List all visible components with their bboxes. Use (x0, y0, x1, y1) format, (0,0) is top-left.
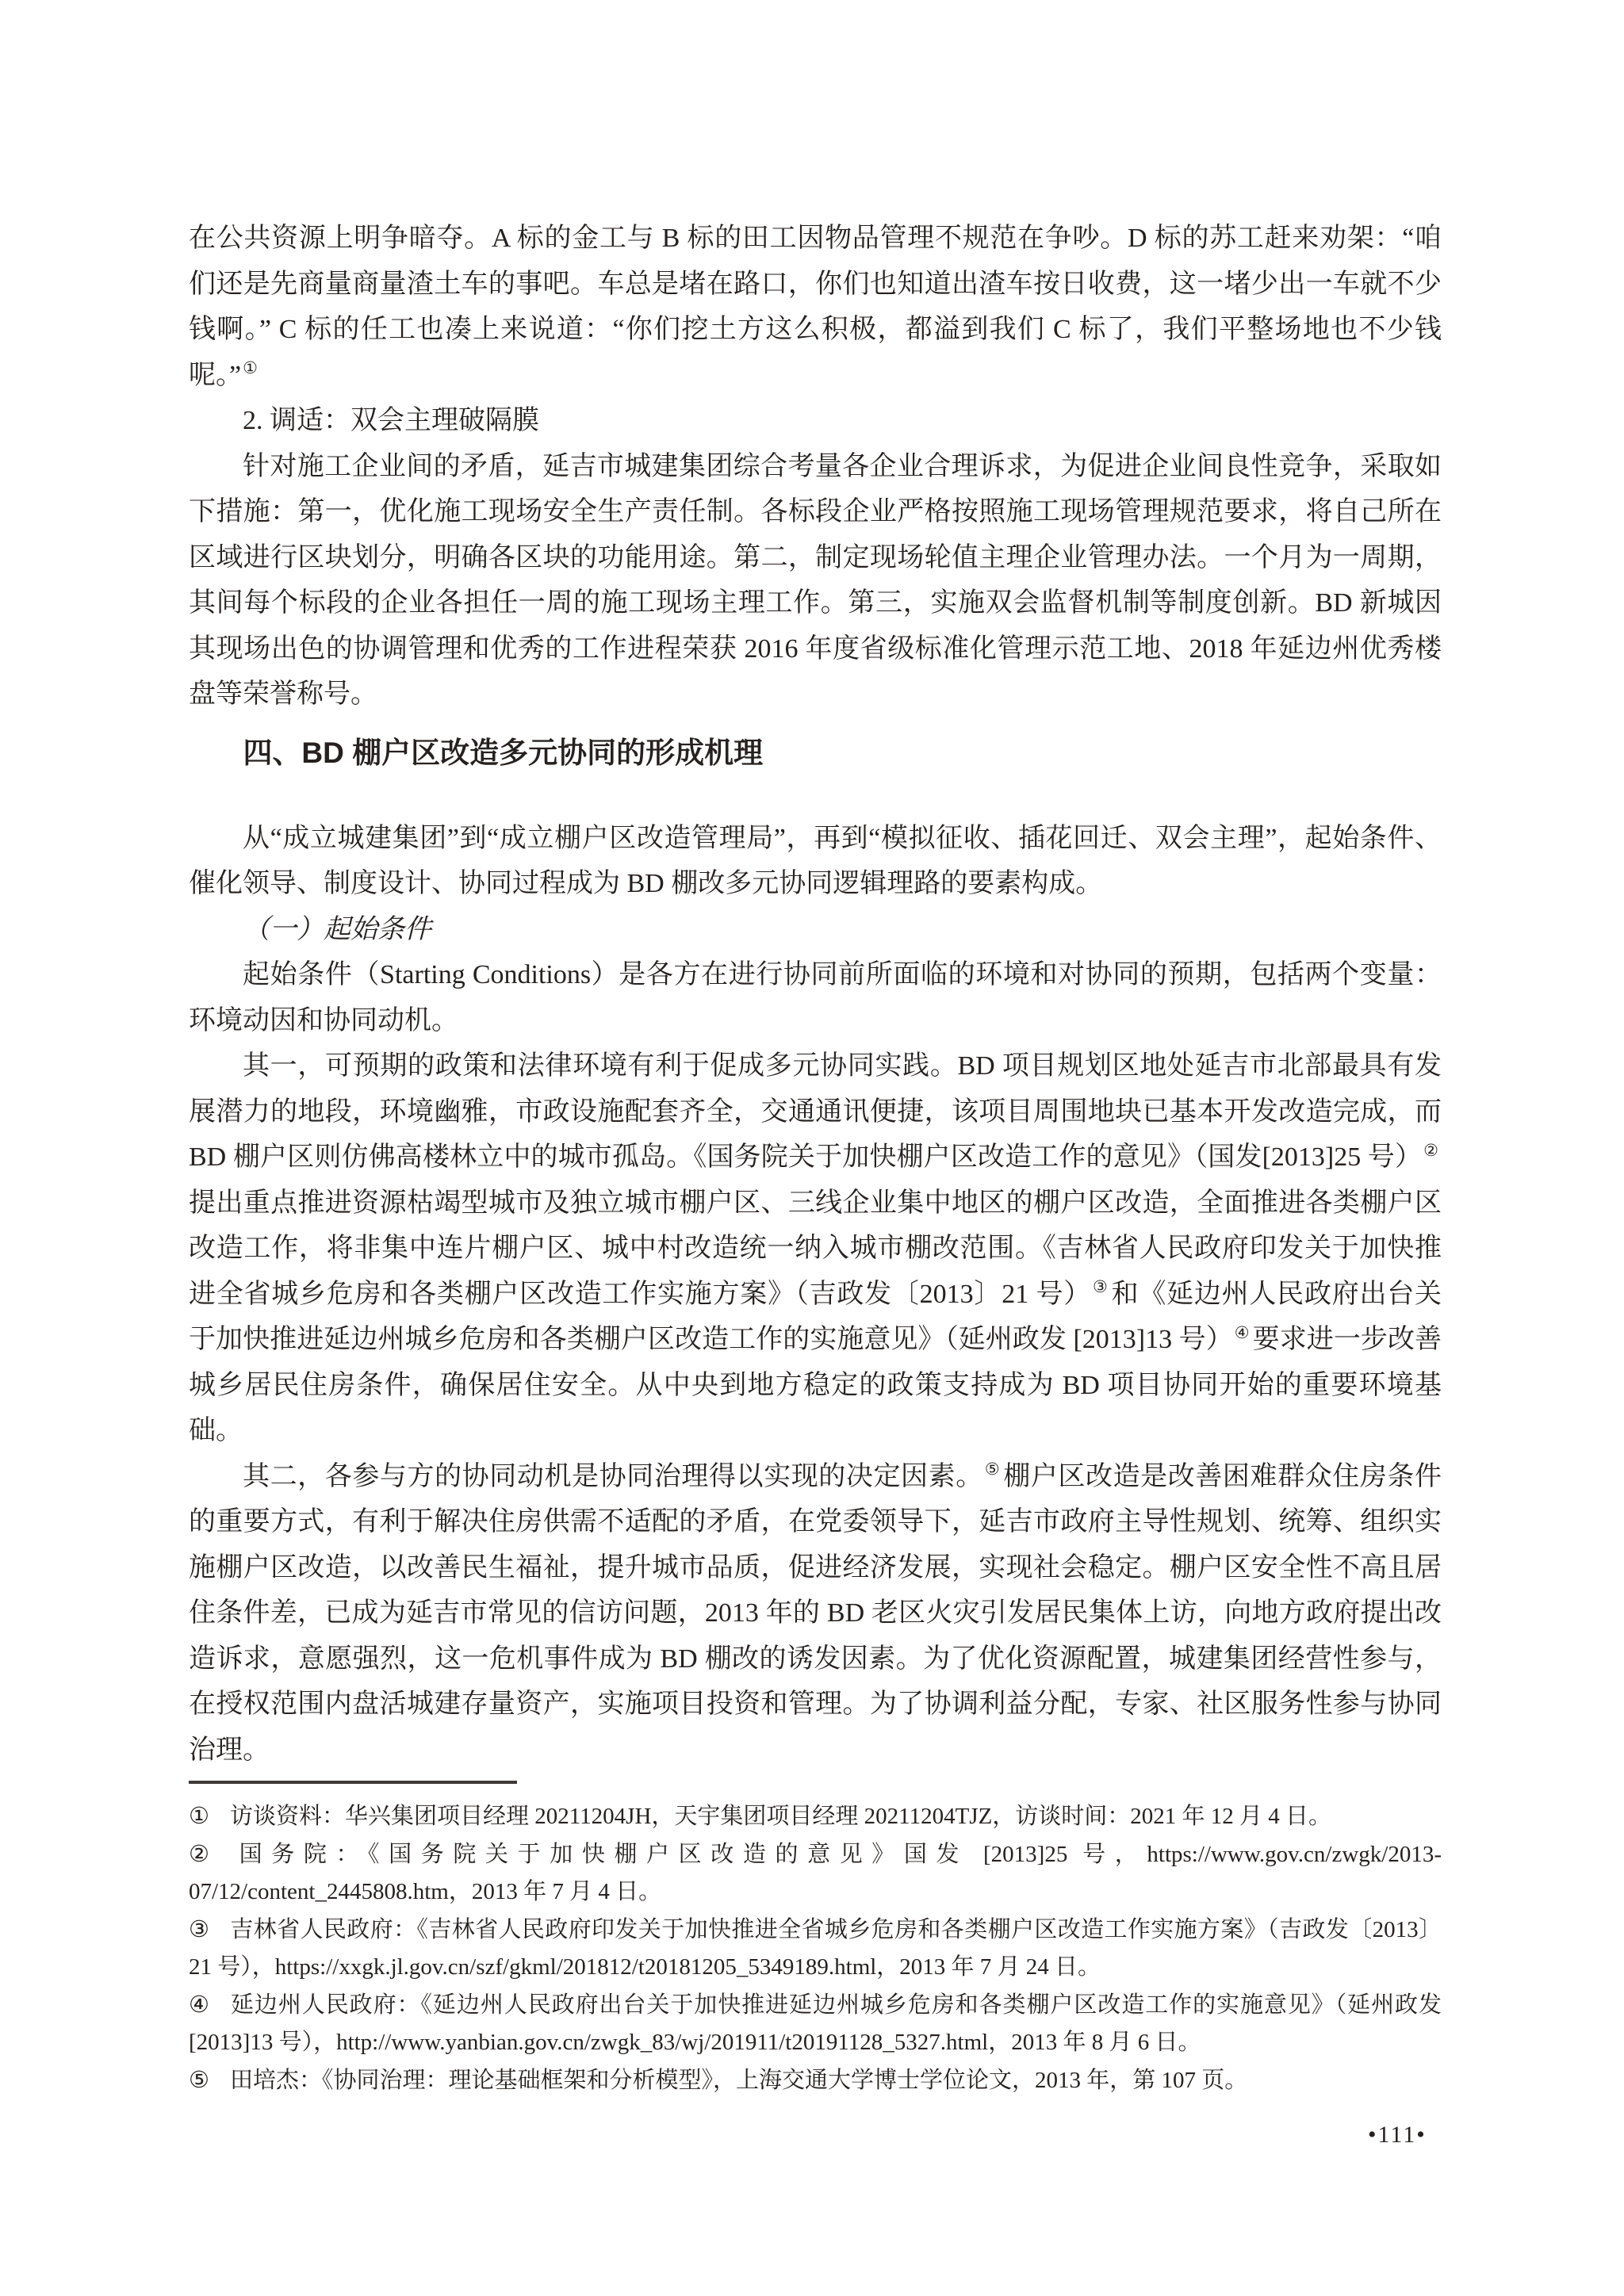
section-heading-four: 四、BD 棚户区改造多元协同的形成机理 (189, 729, 1442, 778)
footnote-4: ④延边州人民政府：《延边州人民政府出台关于加快推进延边州城乡危房和各类棚户区改造… (189, 1987, 1442, 2062)
footnote-4-text: 延边州人民政府：《延边州人民政府出台关于加快推进延边州城乡危房和各类棚户区改造工… (189, 1992, 1442, 2056)
paragraph-measures: 针对施工企业间的矛盾，延吉市城建集团综合考量各企业合理诉求，为促进企业间良性竞争… (189, 444, 1442, 717)
paragraph-overview: 从“成立城建集团”到“成立棚户区改造管理局”，再到“模拟征收、插花回迁、双会主理… (189, 816, 1442, 907)
paragraph-second-factor: 其二，各参与方的协同动机是协同治理得以实现的决定因素。⑤棚户区改造是改善困难群众… (189, 1454, 1442, 1774)
paper-page: 在公共资源上明争暗夺。A 标的金工与 B 标的田工因物品管理不规范在争吵。D 标… (0, 0, 1624, 2296)
footnote-2-number: ② (189, 1842, 219, 1867)
paragraph-first-factor-seg1: 其一，可预期的政策和法律环境有利于促成多元协同实践。BD 项目规划区地处延吉市北… (189, 1051, 1442, 1172)
footnote-2: ②国务院：《国务院关于加快棚户区改造的意见》国发 [2013]25 号，http… (189, 1836, 1442, 1911)
page-number: •111• (1368, 2122, 1427, 2149)
paragraph-starting-conditions: 起始条件（Starting Conditions）是各方在进行协同前所面临的环境… (189, 952, 1442, 1043)
footnote-5-text: 田培杰：《协同治理：理论基础框架和分析模型》，上海交通大学博士学位论文，2013… (230, 2068, 1247, 2093)
footnote-4-number: ④ (189, 1992, 210, 2018)
footnote-1: ①访谈资料：华兴集团项目经理 20211204JH，天宇集团项目经理 20211… (189, 1798, 1442, 1836)
footnote-3: ③吉林省人民政府：《吉林省人民政府印发关于加快推进全省城乡危房和各类棚户区改造工… (189, 1911, 1442, 1987)
footnote-1-number: ① (189, 1804, 209, 1829)
paragraph-first-factor: 其一，可预期的政策和法律环境有利于促成多元协同实践。BD 项目规划区地处延吉市北… (189, 1043, 1442, 1454)
paragraph-dialogue-text: 在公共资源上明争暗夺。A 标的金工与 B 标的田工因物品管理不规范在争吵。D 标… (189, 224, 1442, 390)
footnote-ref-2: ② (1423, 1141, 1438, 1160)
page-body: 在公共资源上明争暗夺。A 标的金工与 B 标的田工因物品管理不规范在争吵。D 标… (189, 216, 1442, 1773)
subsection-heading-starting-conditions: （一）起始条件 (189, 907, 1442, 953)
paragraph-second-factor-seg2: 棚户区改造是改善困难群众住房条件的重要方式，有利于解决住房供需不适配的矛盾，在党… (189, 1462, 1442, 1765)
paragraph-second-factor-seg1: 其二，各参与方的协同动机是协同治理得以实现的决定因素。 (243, 1462, 983, 1491)
footnote-1-text: 访谈资料：华兴集团项目经理 20211204JH，天宇集团项目经理 202112… (230, 1804, 1331, 1829)
subsection-heading-tiaoshi: 2. 调适：双会主理破隔膜 (189, 398, 1442, 444)
footnote-ref-5: ⑤ (985, 1460, 1000, 1479)
footnote-ref-4: ④ (1235, 1323, 1250, 1342)
footnote-ref-1: ① (243, 358, 258, 377)
footnotes: ①访谈资料：华兴集团项目经理 20211204JH，天宇集团项目经理 20211… (189, 1798, 1442, 2099)
footnote-5: ⑤田培杰：《协同治理：理论基础框架和分析模型》，上海交通大学博士学位论文，201… (189, 2062, 1442, 2100)
paragraph-dialogue: 在公共资源上明争暗夺。A 标的金工与 B 标的田工因物品管理不规范在争吵。D 标… (189, 216, 1442, 398)
footnote-5-number: ⑤ (189, 2068, 209, 2093)
footnote-3-number: ③ (189, 1917, 209, 1942)
footnote-3-text: 吉林省人民政府：《吉林省人民政府印发关于加快推进全省城乡危房和各类棚户区改造工作… (189, 1917, 1442, 1980)
footnote-ref-3: ③ (1093, 1277, 1109, 1296)
footnote-2-text: 国务院：《国务院关于加快棚户区改造的意见》国发 [2013]25 号，https… (189, 1842, 1442, 1905)
footnote-separator (189, 1781, 517, 1784)
